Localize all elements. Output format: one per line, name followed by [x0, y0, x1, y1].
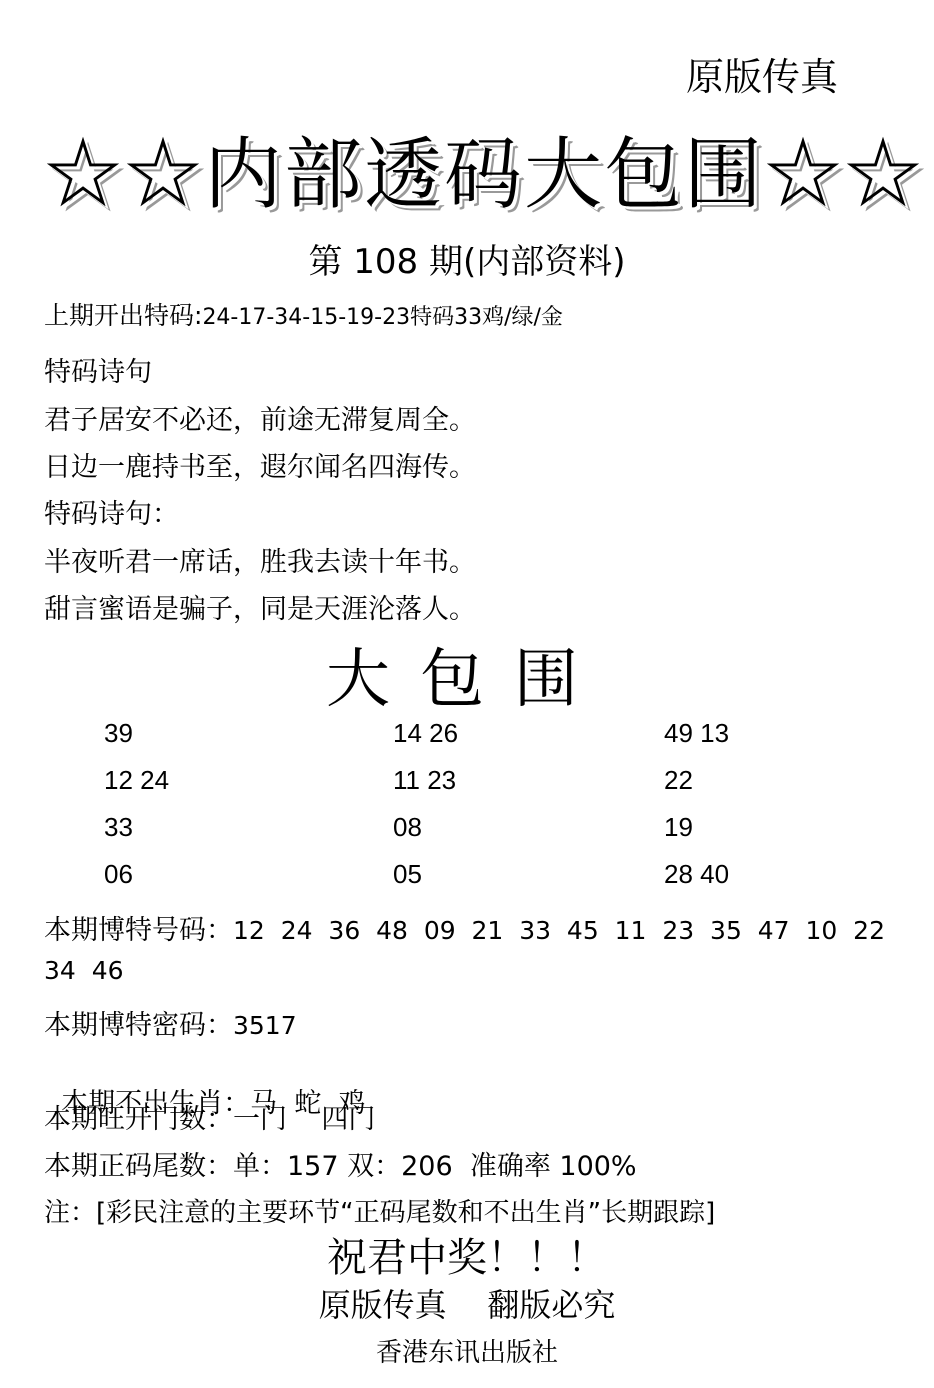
section-title: 大包围 [0, 628, 934, 720]
poem-line: 甜言蜜语是骗子，同是天涯沦落人。 [44, 587, 476, 626]
last-draw: 上期开出特码:24-17-34-15-19-23特码33鸡/绿/金 [44, 296, 563, 332]
poem-line: 日边一鹿持书至，遐尔闻名四海传。 [44, 445, 476, 484]
poem-heading-2: 特码诗句： [44, 492, 179, 531]
grid-cell: 06 [104, 859, 393, 906]
tail-numbers: 本期正码尾数：单：157 双：206 准确率 100% [44, 1144, 637, 1183]
last-draw-label: 上期开出特码: [44, 301, 202, 330]
grid-cell: 05 [393, 859, 664, 906]
page-title: ☆☆内部透码大包围☆☆ [44, 112, 924, 224]
poem-heading-1: 特码诗句 [44, 350, 152, 389]
poem-line: 半夜听君一席话，胜我去读十年书。 [44, 540, 476, 579]
secret-value: 3517 [233, 1011, 297, 1040]
grid-cell: 49 13 [664, 718, 804, 765]
number-grid: 39 14 26 49 13 12 24 11 23 22 33 08 19 0… [104, 718, 804, 906]
grid-cell: 39 [104, 718, 393, 765]
hot-doors: 本期旺开门数：一门 四门 [44, 1097, 375, 1136]
top-label: 原版传真 [686, 46, 838, 101]
grid-cell: 11 23 [393, 765, 664, 812]
copyright-notice: 原版传真 翻版必究 [0, 1280, 934, 1326]
bote-label: 本期博特号码： [44, 915, 233, 946]
grid-row: 12 24 11 23 22 [104, 765, 804, 812]
bote-numbers: 本期博特号码：12 24 36 48 09 21 33 45 11 23 35 … [44, 908, 885, 947]
grid-cell: 12 24 [104, 765, 393, 812]
grid-cell: 22 [664, 765, 804, 812]
grid-row: 33 08 19 [104, 812, 804, 859]
grid-cell: 14 26 [393, 718, 664, 765]
publisher: 香港东讯出版社 [0, 1332, 934, 1369]
issue-number: 第 108 期(内部资料) [0, 234, 934, 283]
doors-value: 一门 四门 [233, 1104, 375, 1135]
secret-label: 本期博特密码： [44, 1010, 233, 1041]
note: 注：[彩民注意的主要环节“正码尾数和不出生肖”长期跟踪] [44, 1192, 715, 1229]
grid-cell: 08 [393, 812, 664, 859]
bote-values: 12 24 36 48 09 21 33 45 11 23 35 47 10 2… [233, 916, 885, 945]
tail-value: 单：157 双：206 准确率 100% [233, 1151, 637, 1182]
poem-line: 君子居安不必还，前途无滞复周全。 [44, 398, 476, 437]
good-luck-message: 祝君中奖！！！ [0, 1226, 934, 1283]
secret-code: 本期博特密码：3517 [44, 1003, 297, 1042]
grid-cell: 28 40 [664, 859, 804, 906]
grid-row: 06 05 28 40 [104, 859, 804, 906]
last-draw-value: 24-17-34-15-19-23特码33鸡/绿/金 [202, 305, 562, 330]
tail-label: 本期正码尾数： [44, 1151, 233, 1182]
bote-values-cont: 34 46 [44, 956, 124, 985]
grid-cell: 33 [104, 812, 393, 859]
grid-cell: 19 [664, 812, 804, 859]
doors-label: 本期旺开门数： [44, 1104, 233, 1135]
grid-row: 39 14 26 49 13 [104, 718, 804, 765]
